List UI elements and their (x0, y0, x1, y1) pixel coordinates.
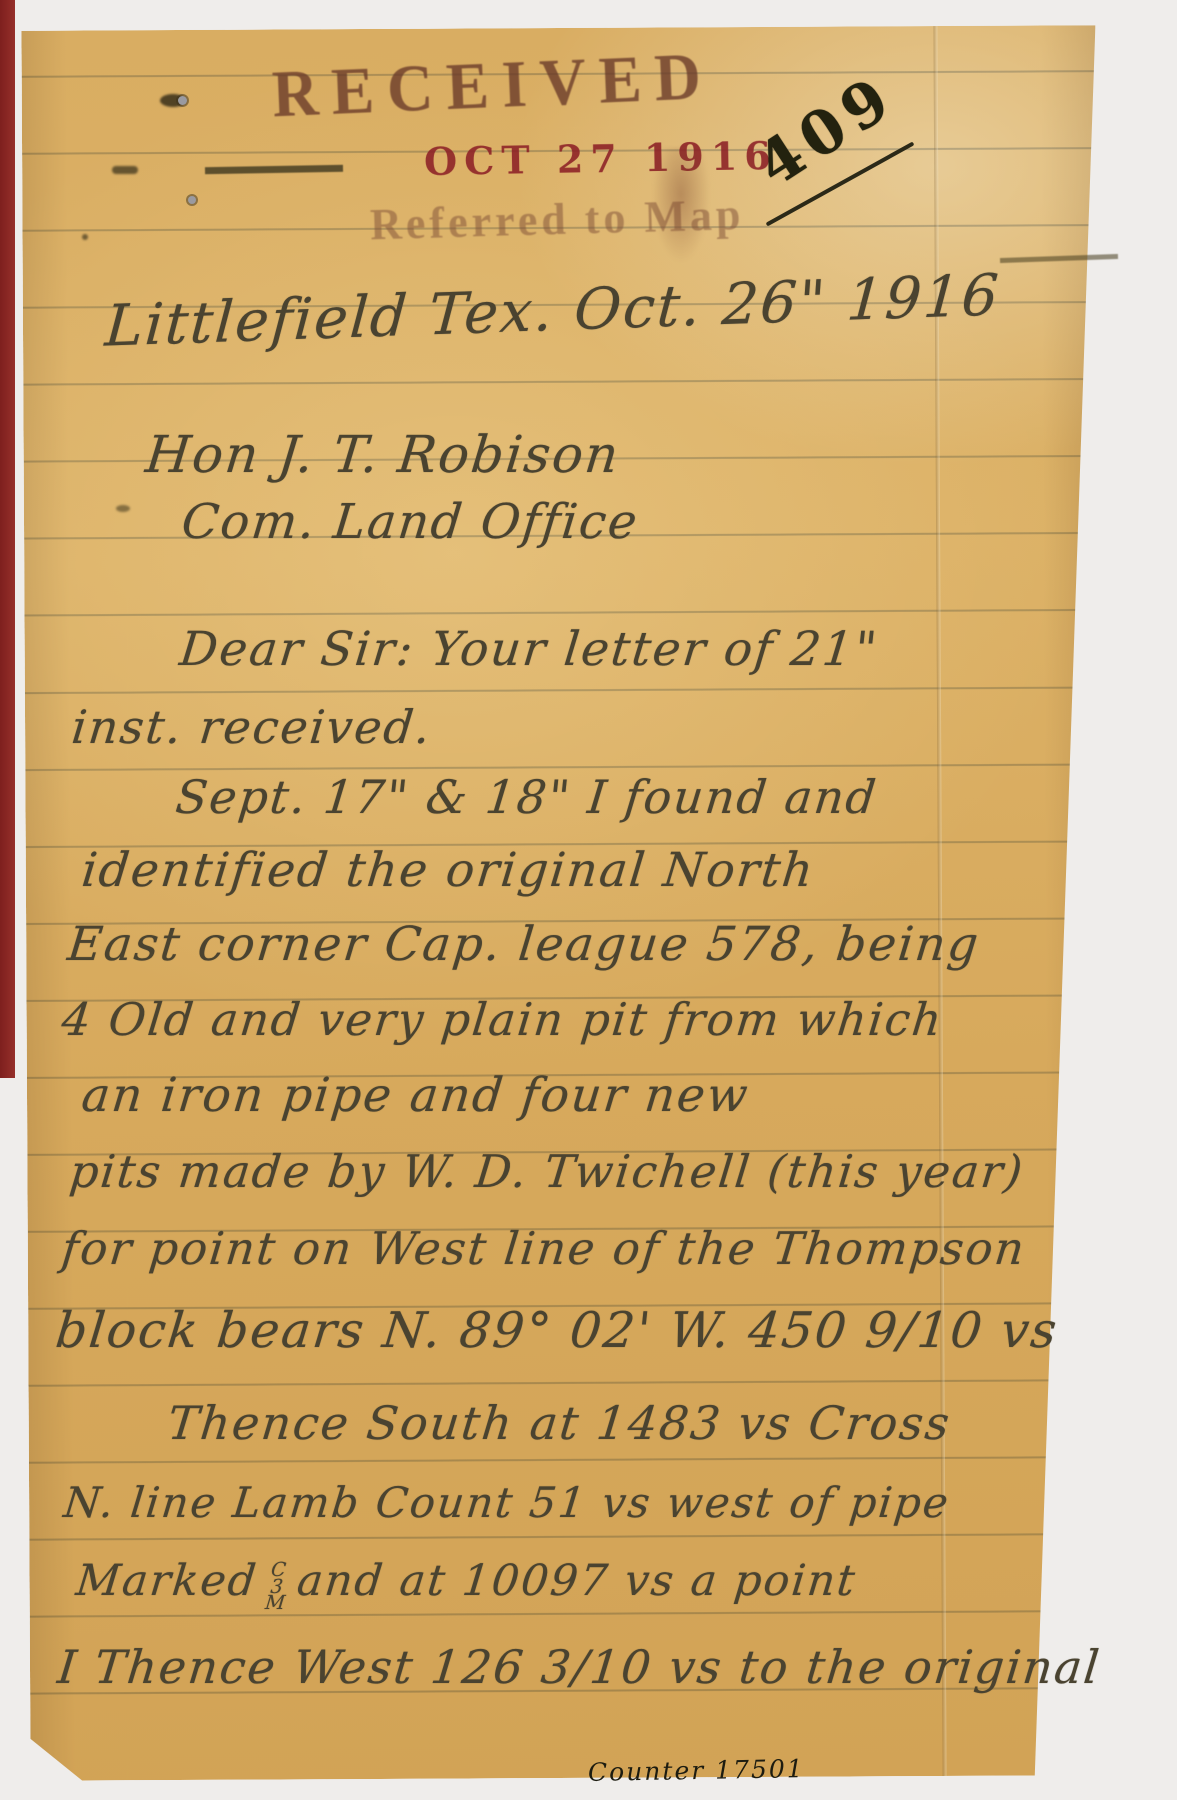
body-line: I Thence West 126 3/10 vs to the origina… (55, 1640, 1103, 1694)
binding-edge (0, 0, 15, 1078)
ink-speck (116, 505, 130, 512)
counter-annotation: Counter 17501 (588, 1754, 805, 1787)
recipient-name: Hon J. T. Robison (143, 426, 623, 485)
body-line: MarkedC3Mand at 10097 vs a point (73, 1556, 859, 1611)
body-line: for point on West line of the Thompson (59, 1222, 1028, 1275)
body-line: Dear Sir: Your letter of 21" (177, 622, 881, 677)
body-line: 4 Old and very plain pit from which (59, 993, 946, 1046)
ink-stain (112, 166, 138, 174)
received-date-stamp: OCT 27 1916 (424, 133, 778, 184)
body-line: block bears N. 89° 02' W. 450 9/10 vs (53, 1302, 1061, 1359)
scanned-letter-page: RECEIVED OCT 27 1916 Referred to Map 409… (0, 0, 1177, 1800)
body-line: identified the original North (79, 843, 817, 898)
pin-hole (178, 96, 187, 105)
body-line: inst. received. (69, 700, 435, 754)
marked-post: and at 10097 vs a point (295, 1556, 859, 1606)
pin-hole (188, 196, 196, 204)
body-line: an iron pipe and four new (79, 1068, 752, 1123)
body-line: Sept. 17" & 18" I found and (173, 770, 880, 824)
body-line: Thence South at 1483 vs Cross (165, 1396, 954, 1450)
body-line: pits made by W. D. Twichell (this year) (67, 1145, 1027, 1198)
recipient-office: Com. Land Office (179, 494, 641, 550)
pipe-mark-monogram: C3M (264, 1562, 289, 1611)
stamp-smudge (652, 148, 710, 263)
ink-speck (82, 234, 88, 240)
body-line: N. line Lamb Count 51 vs west of pipe (61, 1478, 952, 1527)
marked-pre: Marked (74, 1556, 261, 1606)
body-line: East corner Cap. league 578, being (65, 917, 982, 972)
